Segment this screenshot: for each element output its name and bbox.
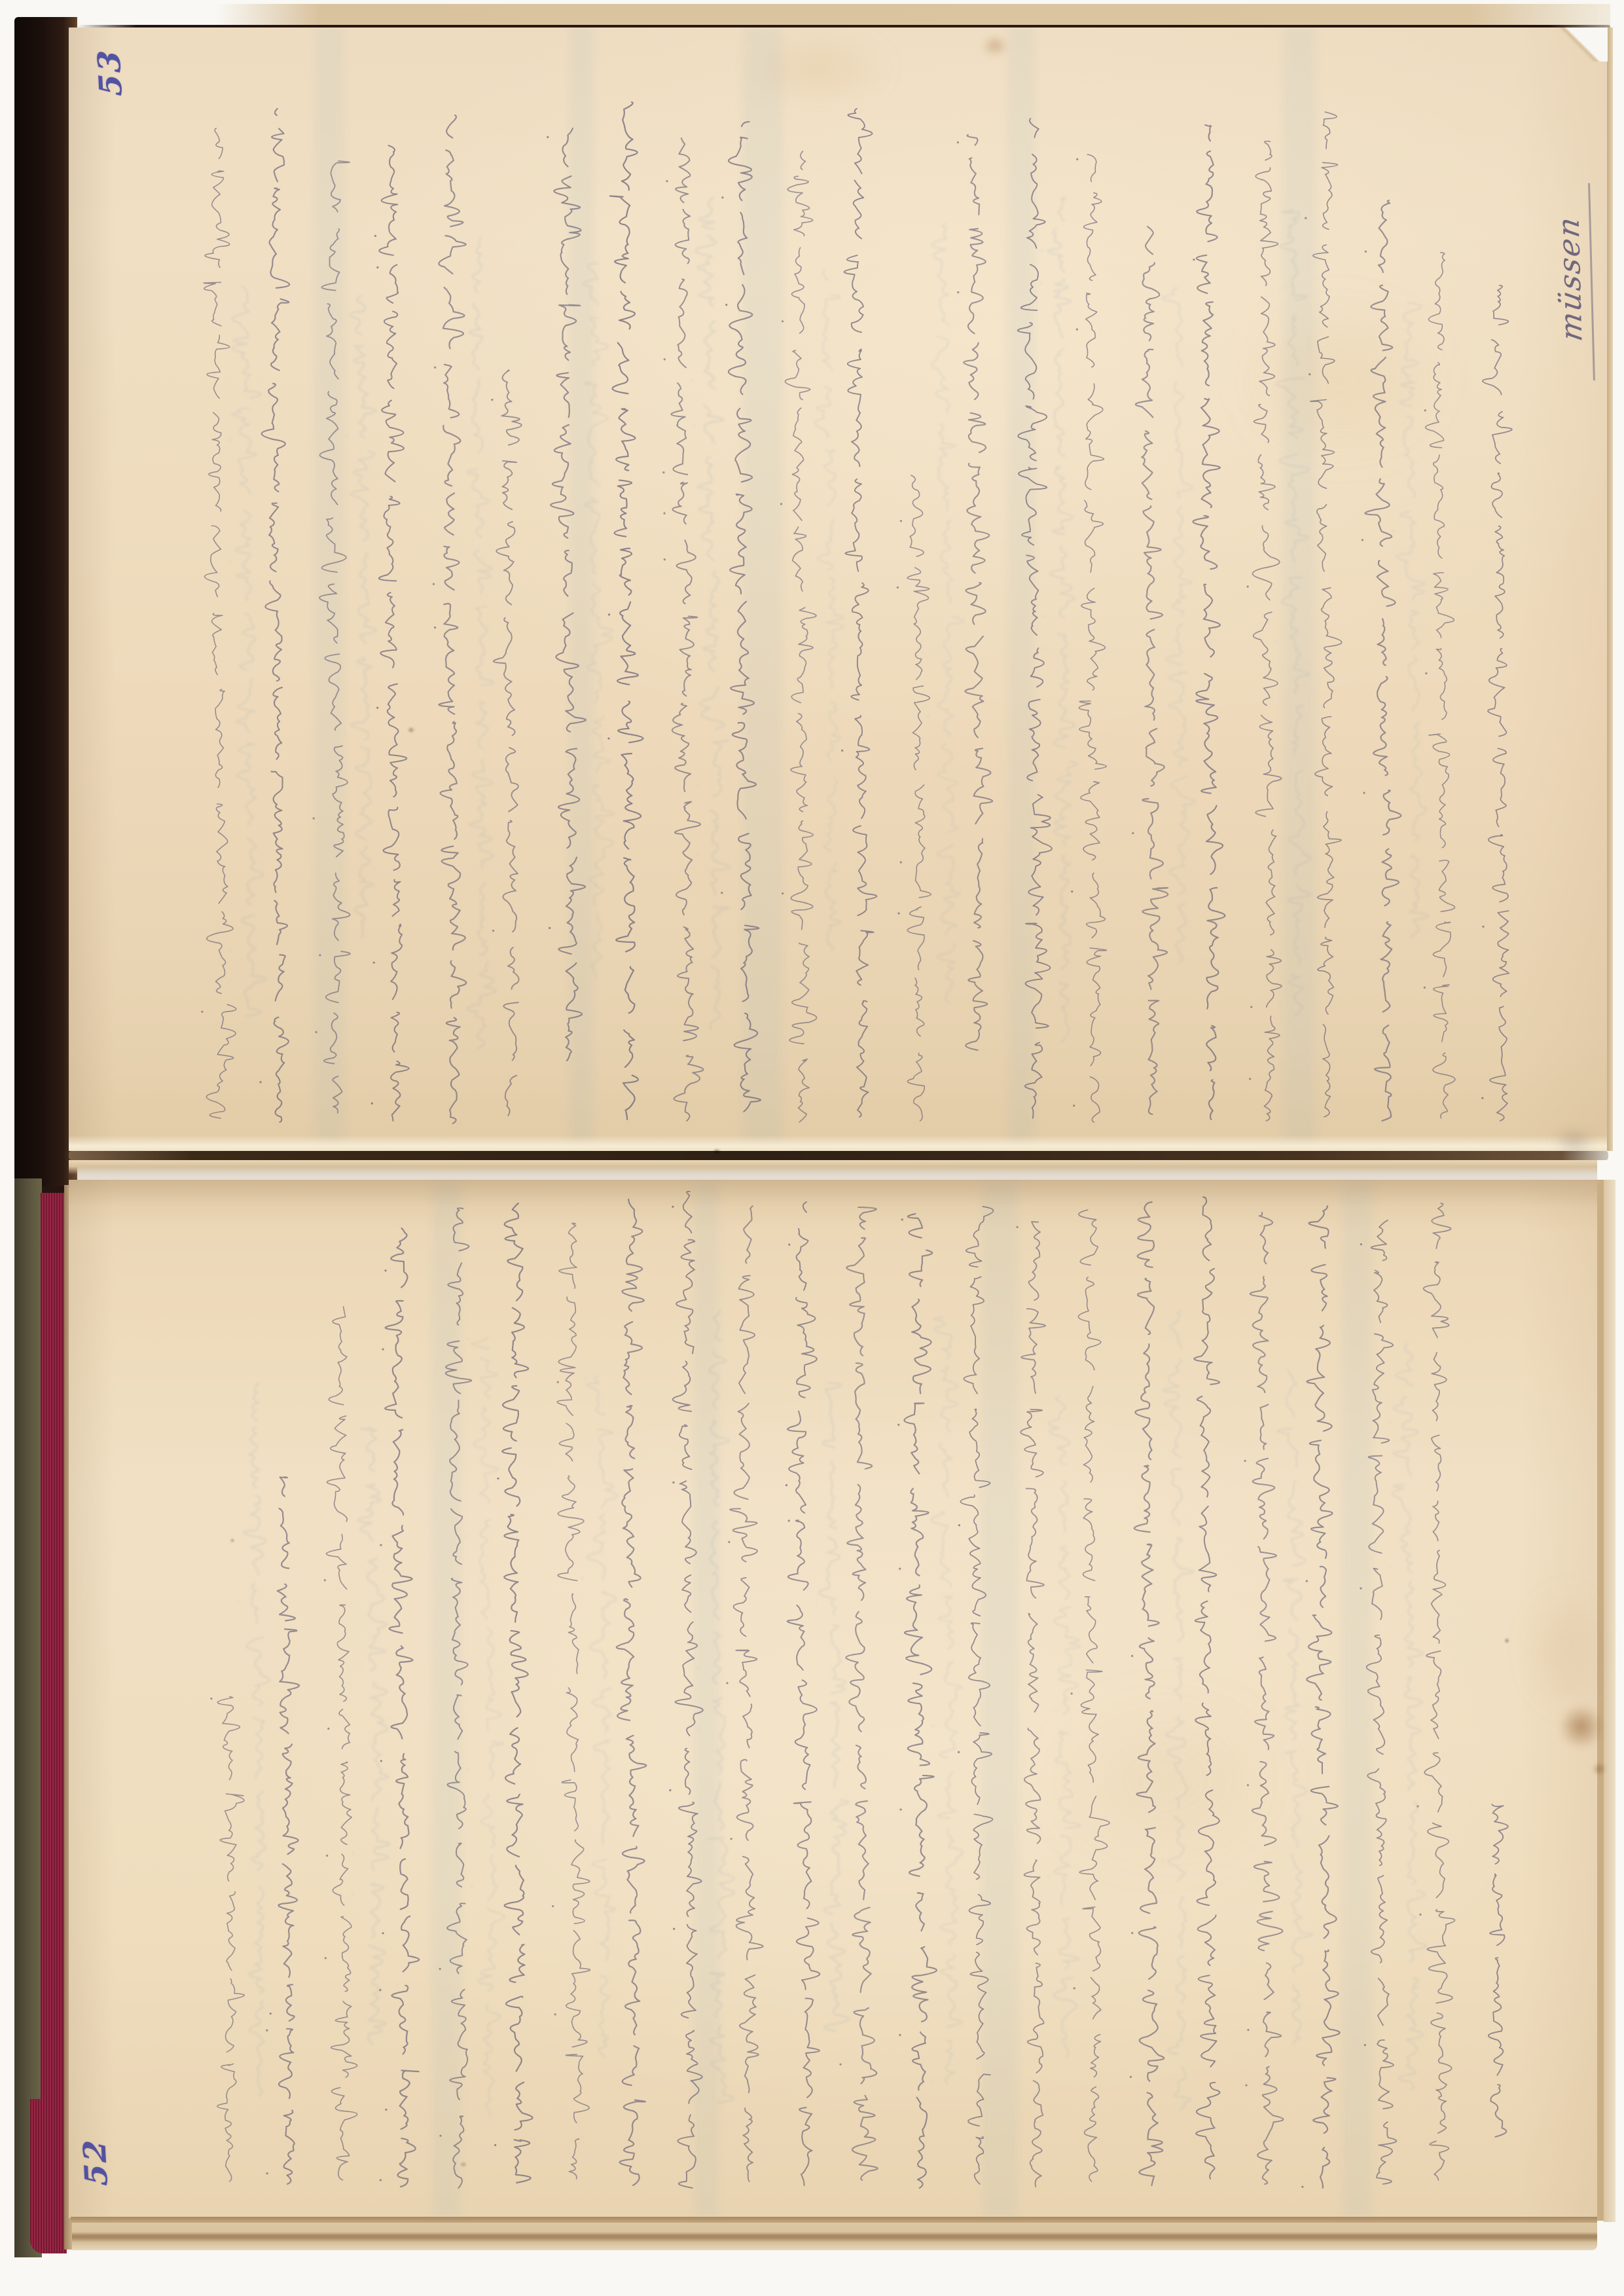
stain-spot [1545,1123,1604,1160]
stains-layer [0,0,1624,2296]
stain-spot [1589,1760,1609,1778]
stain-spot [977,31,1013,60]
stain-spot [1204,275,1479,484]
stain-spot [1503,1637,1511,1645]
stain-spot [720,33,916,105]
stain-spot [406,725,416,735]
stain-spot [1550,1696,1612,1758]
stain-spot [1506,1558,1623,1741]
stain-spot [458,2160,469,2168]
book-scan: 53 müssen 52 [0,0,1624,2296]
stain-spot [229,1537,236,1544]
stain-spot [711,1147,723,1156]
stain-spot [995,1663,1335,1899]
